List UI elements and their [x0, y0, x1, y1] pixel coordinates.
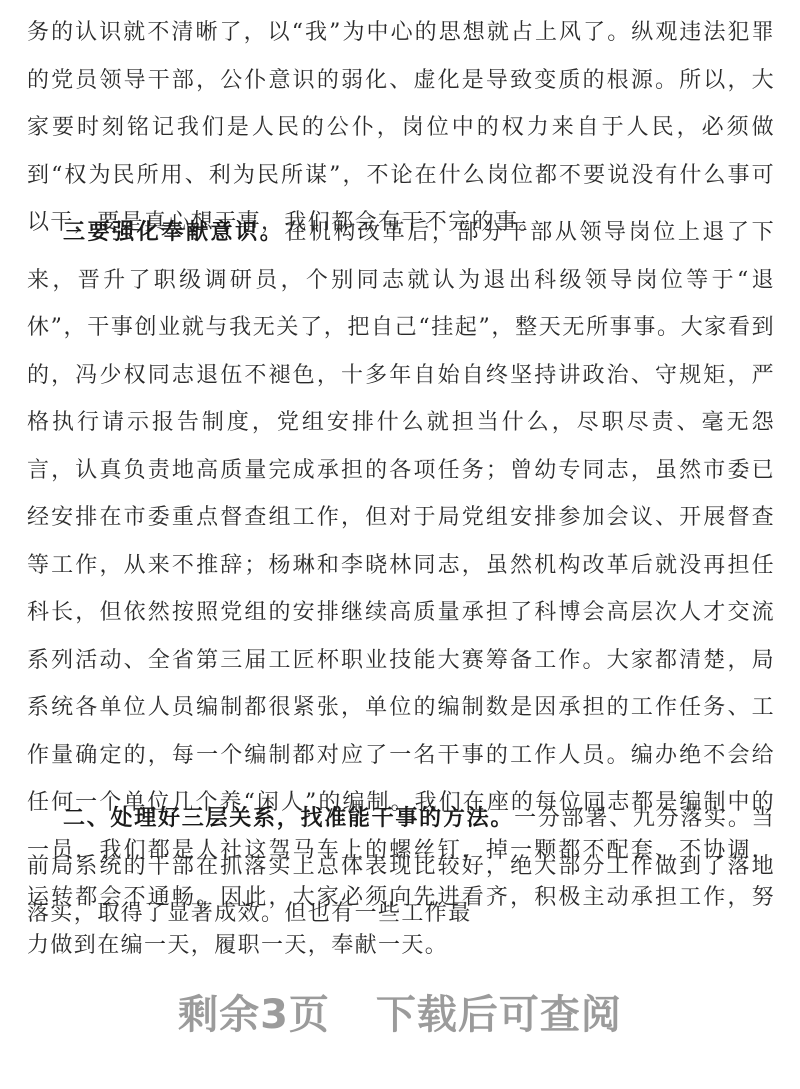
- paragraph-3-heading: 二、处理好三层关系，找准能干事的方法。: [63, 805, 514, 831]
- paragraph-1-text: 务的认识就不清晰了，以“我”为中心的思想就占上风了。纵观违法犯罪的党员领导干部，…: [27, 20, 775, 235]
- download-prompt-label[interactable]: 下载后可查阅: [376, 992, 622, 1038]
- remaining-pages-label: 剩余3页: [178, 992, 330, 1038]
- download-banner[interactable]: 剩余3页下载后可查阅: [0, 985, 800, 1045]
- paragraph-2-bold-lead: 三要强化奉献意识。: [63, 219, 284, 245]
- paragraph-3: 二、处理好三层关系，找准能干事的方法。一分部署、九分落实。当前局系统的干部在抓落…: [27, 795, 775, 938]
